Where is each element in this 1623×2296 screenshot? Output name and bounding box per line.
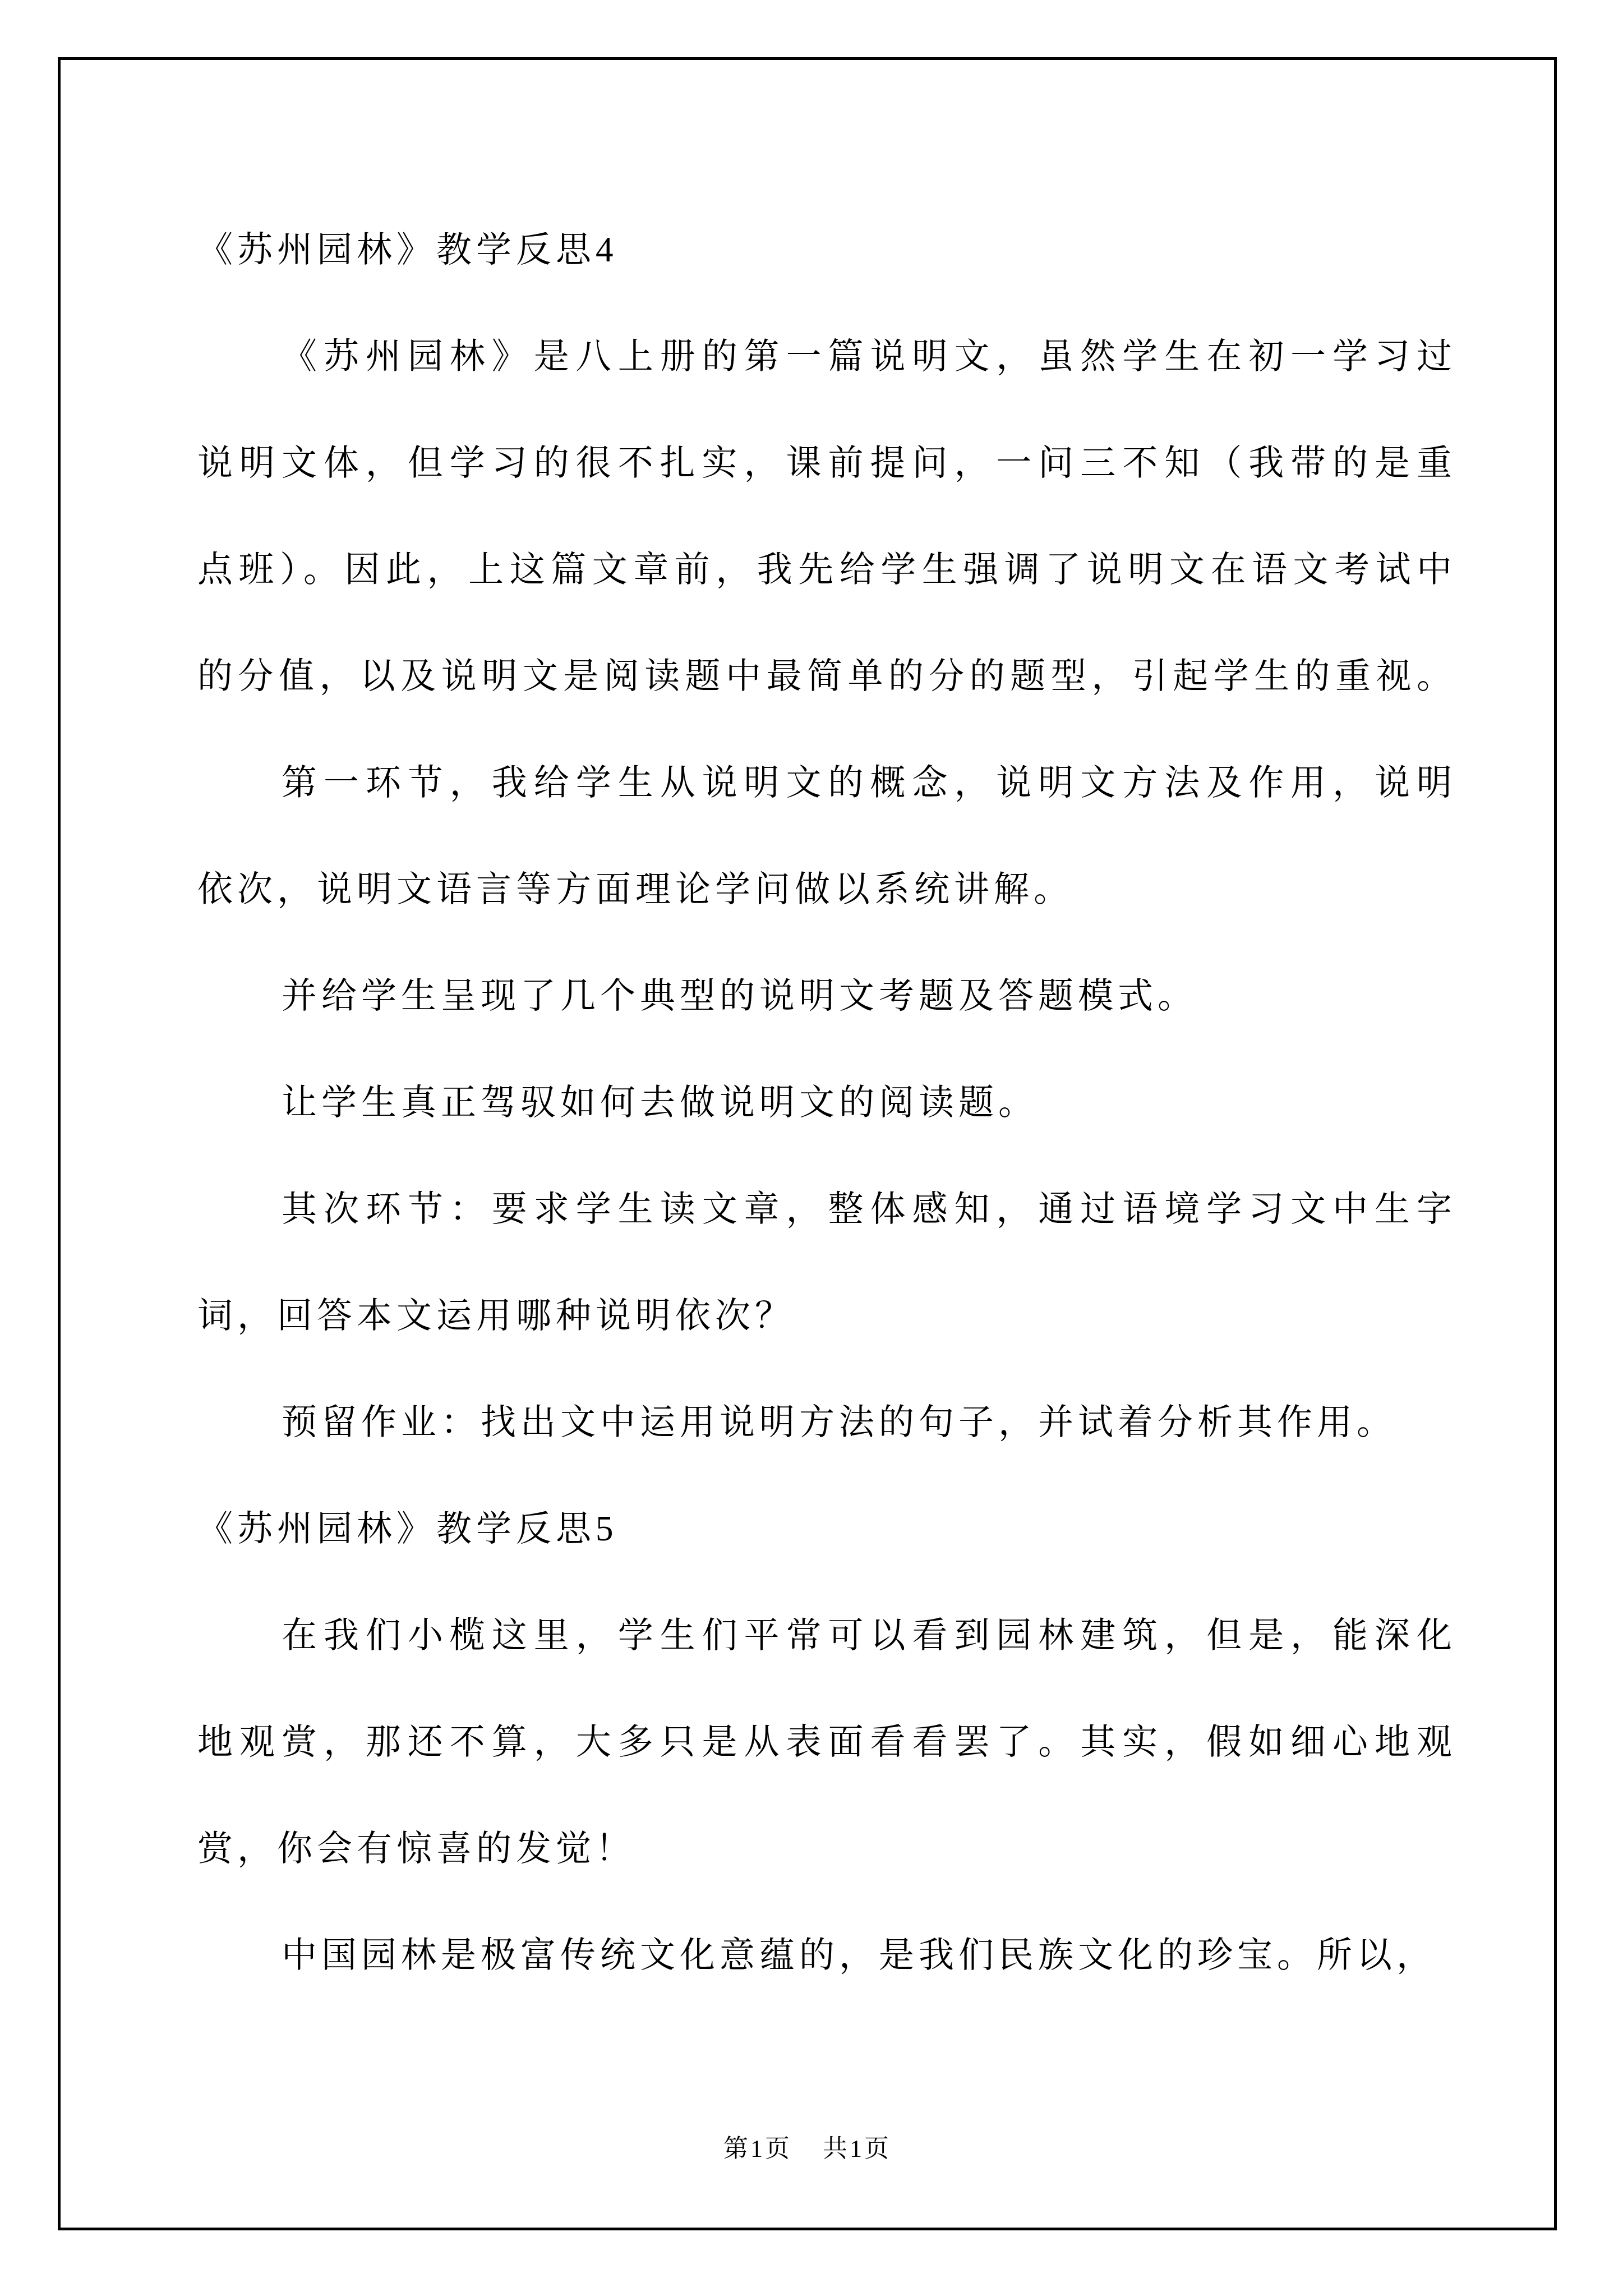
section-heading-4: 《苏州园林》教学反思4 <box>197 196 1456 303</box>
body-line: 词，回答本文运用哪种说明依次？ <box>197 1262 1456 1369</box>
page-total-label: 共1页 <box>823 2129 891 2169</box>
body-line: 中国园林是极富传统文化意蕴的，是我们民族文化的珍宝。所以， <box>197 1902 1456 2008</box>
document-body: 《苏州园林》教学反思4 《苏州园林》是八上册的第一篇说明文，虽然学生在初一学习过… <box>197 196 1456 2008</box>
body-line: 预留作业：找出文中运用说明方法的句子，并试着分析其作用。 <box>197 1369 1456 1475</box>
body-line: 依次，说明文语言等方面理论学问做以系统讲解。 <box>197 836 1456 942</box>
document-page: 《苏州园林》教学反思4 《苏州园林》是八上册的第一篇说明文，虽然学生在初一学习过… <box>0 0 1623 2296</box>
body-line: 第一环节，我给学生从说明文的概念，说明文方法及作用，说明 <box>197 729 1456 836</box>
body-line: 其次环节：要求学生读文章，整体感知，通过语境学习文中生字 <box>197 1156 1456 1262</box>
body-line: 赏，你会有惊喜的发觉！ <box>197 1795 1456 1902</box>
body-line: 说明文体，但学习的很不扎实，课前提问，一问三不知（我带的是重 <box>197 409 1456 516</box>
body-line: 并给学生呈现了几个典型的说明文考题及答题模式。 <box>197 942 1456 1049</box>
body-line: 点班）。因此，上这篇文章前，我先给学生强调了说明文在语文考试中 <box>197 516 1456 623</box>
page-number-label: 第1页 <box>723 2129 792 2169</box>
section-heading-5: 《苏州园林》教学反思5 <box>197 1475 1456 1582</box>
body-line: 地观赏，那还不算，大多只是从表面看看罢了。其实，假如细心地观 <box>197 1688 1456 1795</box>
body-line: 在我们小榄这里，学生们平常可以看到园林建筑，但是，能深化 <box>197 1582 1456 1688</box>
body-line: 《苏州园林》是八上册的第一篇说明文，虽然学生在初一学习过 <box>197 303 1456 409</box>
body-line: 让学生真正驾驭如何去做说明文的阅读题。 <box>197 1049 1456 1156</box>
page-footer: 第1页 共1页 <box>58 2129 1557 2169</box>
body-line: 的分值，以及说明文是阅读题中最简单的分的题型，引起学生的重视。 <box>197 623 1456 729</box>
